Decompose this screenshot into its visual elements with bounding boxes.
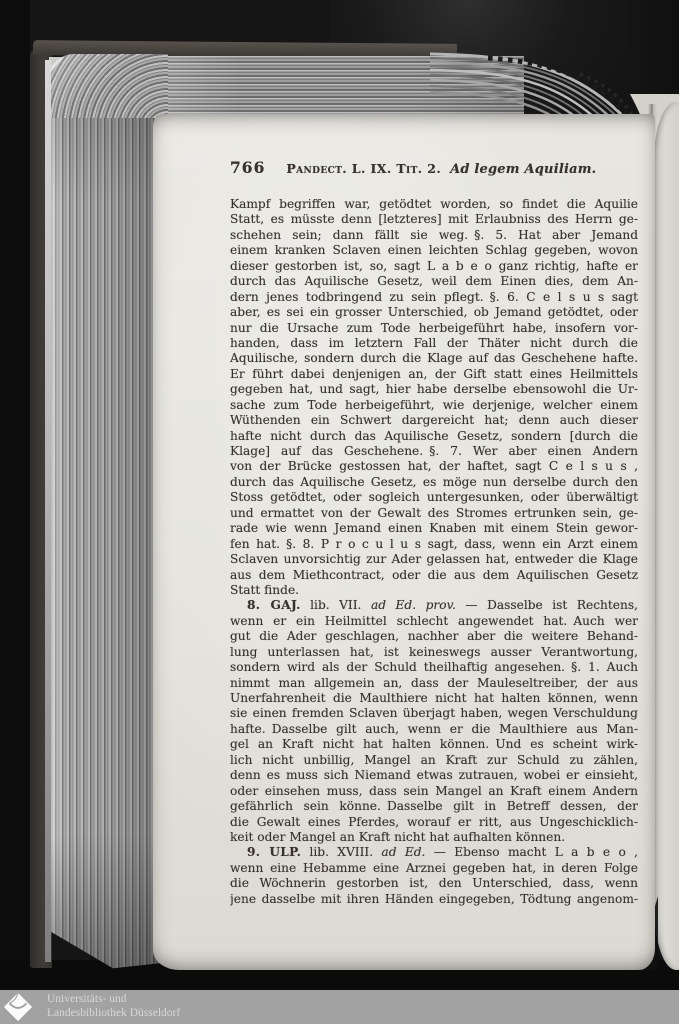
text-line: durch das Aquilische Gesetz, es möge nun…: [230, 475, 638, 490]
page-header: 766 Pandect. L. IX. Tit. 2. Ad legem Aqu…: [230, 158, 638, 177]
text-line: Sclaven unvorsichtig zur Ader gelassen h…: [230, 552, 638, 567]
facing-page-strip: [654, 102, 679, 970]
text-line: aber, es sei ein grosser Unterschied, ob…: [230, 305, 638, 320]
text-line: 9. ULP. lib. XVIII. ad Ed. — Ebenso mach…: [230, 845, 638, 860]
text-line: oder einsehen muss, dass sein Mangel an …: [230, 784, 638, 799]
header-title-italic: Ad legem Aquiliam.: [450, 162, 596, 177]
text-line: Klage] auf das Geschehene. §. 7. Wer abe…: [230, 444, 638, 459]
library-banner: Universitäts- und Landesbibliothek Düsse…: [0, 990, 679, 1024]
paragraph: 9. ULP. lib. XVIII. ad Ed. — Ebenso mach…: [230, 845, 638, 907]
paragraph: 8. GAJ. lib. VII. ad Ed. prov. — Dasselb…: [230, 598, 638, 845]
text-line: denn es muss sich Niemand etwas zutrauen…: [230, 768, 638, 783]
text-line: sondern wird als der Schuld theilhaftig …: [230, 660, 638, 675]
library-name: Universitäts- und Landesbibliothek Düsse…: [47, 993, 180, 1020]
text-line: die Wöchnerin gestorben ist, den Untersc…: [230, 876, 638, 891]
text-line: Stoss getödtet, oder sogleich untergesun…: [230, 490, 638, 505]
book-page: 766 Pandect. L. IX. Tit. 2. Ad legem Aqu…: [153, 114, 655, 970]
text-line: durch das Aquilische Gesetz, weil dem Ei…: [230, 274, 638, 289]
text-line: hafte. Dasselbe gilt auch, wenn er die M…: [230, 722, 638, 737]
cover-edge-highlight: [45, 60, 51, 962]
text-line: gut die Ader geschlagen, nachher aber di…: [230, 629, 638, 644]
text-line: Wüthenden ein Schwert dargereicht hat; d…: [230, 413, 638, 428]
text-line: dern jenes todbringend zu sein pflegt. §…: [230, 290, 638, 305]
text-line: keit oder Mangel an Kraft nicht hat aufh…: [230, 830, 638, 845]
text-line: nur die Ursache zum Tode herbeigeführt h…: [230, 321, 638, 336]
text-line: jene dasselbe mit ihren Händen eingegebe…: [230, 892, 638, 907]
paragraph: Kampf begriffen war, getödtet worden, so…: [230, 197, 638, 598]
text-line: fen hat. §. 8. P r o c u l u s sagt, das…: [230, 537, 638, 552]
text-line: gegeben hat, und sagt, hier habe derselb…: [230, 382, 638, 397]
text-line: dieser gestorben ist, so, sagt L a b e o…: [230, 259, 638, 274]
text-line: Er führt dabei denjenigen an, der Gift s…: [230, 367, 638, 382]
scanned-book-photo: 766 Pandect. L. IX. Tit. 2. Ad legem Aqu…: [0, 0, 679, 1024]
text-line: hafte nicht durch das Aquilische Gesetz,…: [230, 429, 638, 444]
text-line: wenn eine Hebamme eine Arznei gegeben ha…: [230, 861, 638, 876]
library-name-line2: Landesbibliothek Düsseldorf: [47, 1007, 180, 1021]
text-line: gel an Kraft nicht hat halten können. Un…: [230, 737, 638, 752]
text-line: und ermattet von der Gewalt des Stromes …: [230, 506, 638, 521]
text-line: nimmt man allgemein an, dass der Maulese…: [230, 676, 638, 691]
text-line: aus dem Miethcontract, oder die aus dem …: [230, 568, 638, 583]
text-line: Statt finde.: [230, 583, 638, 598]
text-line: sache zum Tode herbeigeführt, wie derjen…: [230, 398, 638, 413]
text-line: die Gewalt eines Pferdes, worauf er ritt…: [230, 815, 638, 830]
text-line: lich nicht unbillig, Mangel an Kraft zur…: [230, 753, 638, 768]
text-line: rade wie wenn Jemand einen Knaben mit ei…: [230, 521, 638, 536]
text-line: 8. GAJ. lib. VII. ad Ed. prov. — Dasselb…: [230, 598, 638, 613]
text-line: von der Brücke gestossen hat, der haftet…: [230, 459, 638, 474]
text-line: gefährlich sein könne. Dasselbe gilt in …: [230, 799, 638, 814]
header-series: Pandect. L. IX. Tit. 2.: [286, 161, 441, 176]
text-line: Statt, es müsste denn [letzteres] mit Er…: [230, 212, 638, 227]
text-line: schehen sein; dann fällt sie weg. §. 5. …: [230, 228, 638, 243]
page-body: Kampf begriffen war, getödtet worden, so…: [230, 197, 638, 907]
ulb-open-book-icon: [2, 991, 34, 1023]
page-edges-left: [48, 118, 160, 970]
text-line: lung unterlassen hat, ist keineswegs aus…: [230, 645, 638, 660]
library-name-line1: Universitäts- und: [47, 993, 180, 1007]
text-line: Unerfahrenheit die Maulthiere nicht hat …: [230, 691, 638, 706]
text-line: einem kranken Sclaven einen leichten Sch…: [230, 243, 638, 258]
page-number: 766: [230, 158, 265, 177]
text-line: wenn er ein Heilmittel schlecht angewend…: [230, 614, 638, 629]
text-line: Aquilische, sondern durch die Klage auf …: [230, 351, 638, 366]
text-line: Kampf begriffen war, getödtet worden, so…: [230, 197, 638, 212]
text-line: handen, dass im letztern Fall der Thäter…: [230, 336, 638, 351]
text-line: sie einen fremden Sclaven überjagt haben…: [230, 706, 638, 721]
